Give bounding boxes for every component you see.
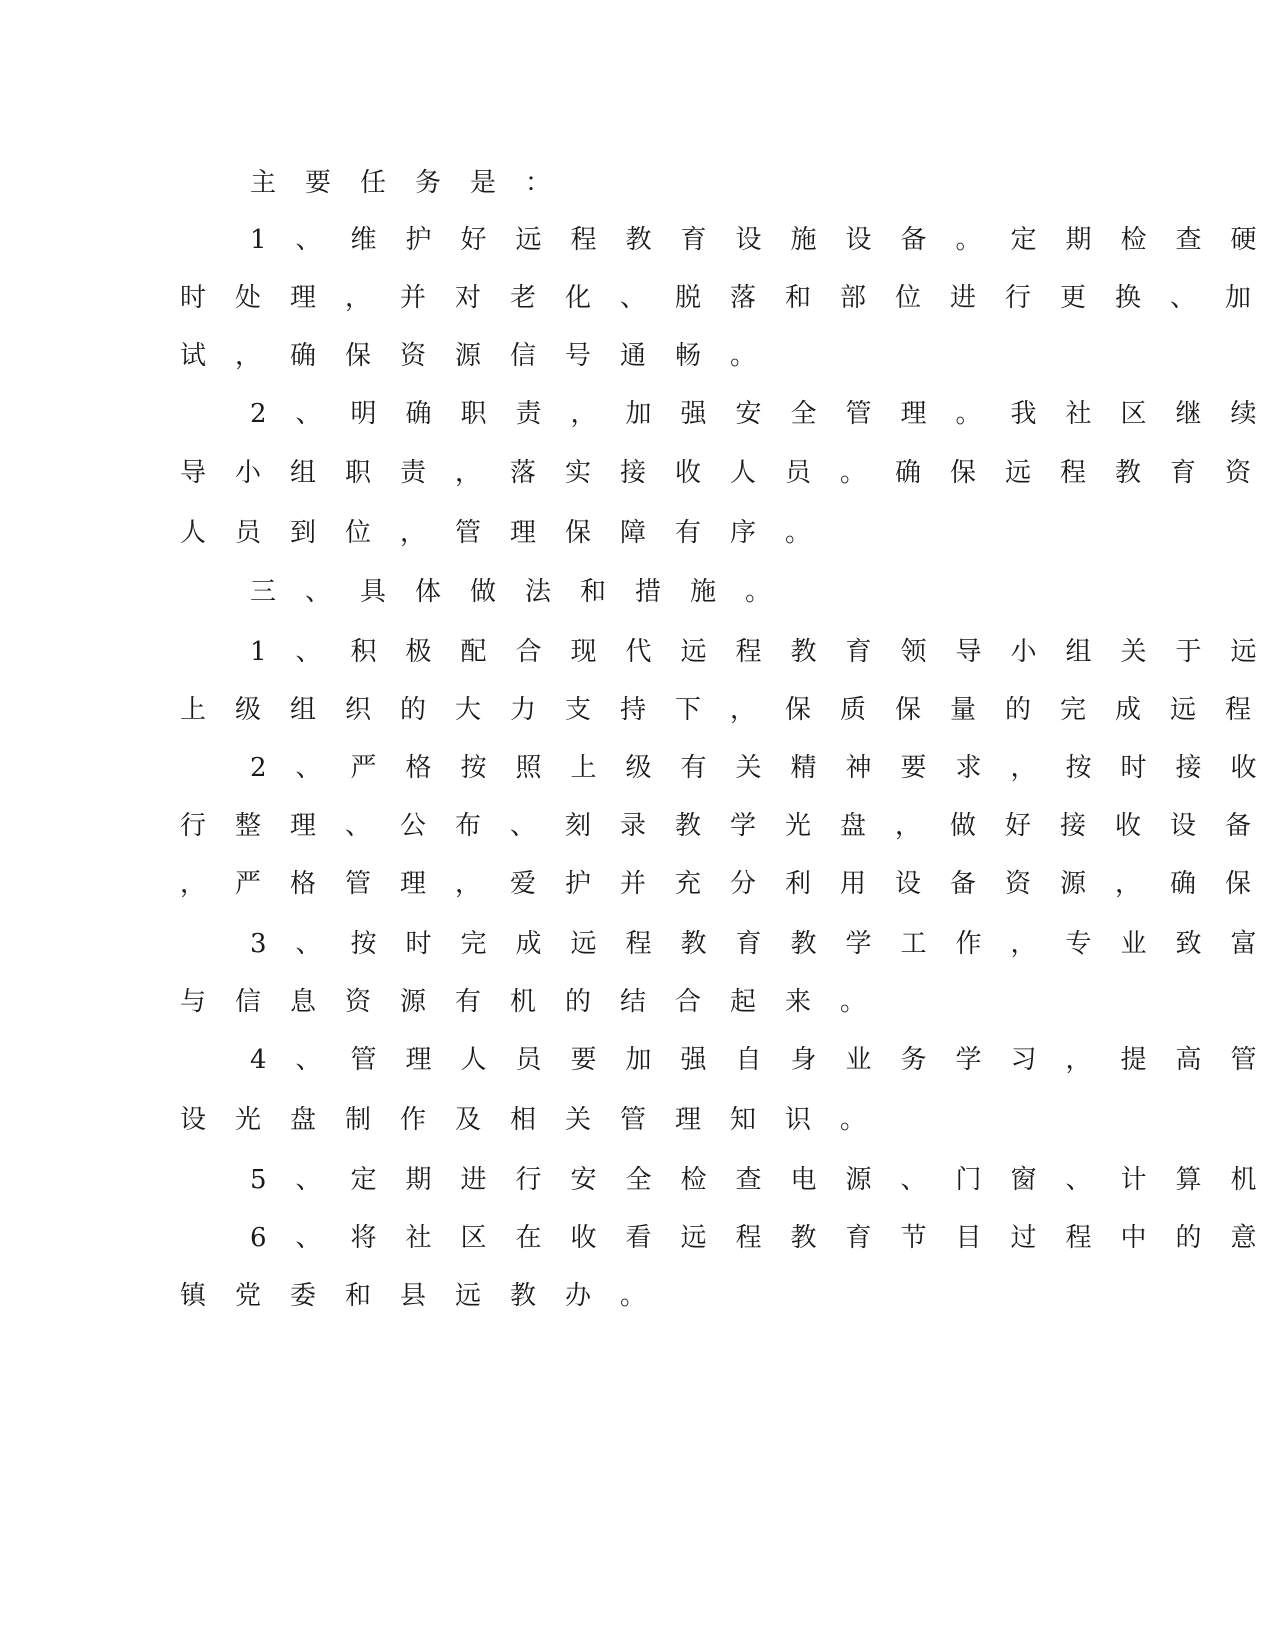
measure-6-line-2: 镇党委和县远教办。 <box>180 1276 1040 1316</box>
measure-3-line-1: 3、按时完成远程教育教学工作，专业致富课，将远程教育资源 <box>250 924 1110 964</box>
intro-line: 主要任务是： <box>250 163 1110 203</box>
measure-2-line-3: ，严格管理，爱护并充分利用设备资源，确保设备完好和正常运行。 <box>180 864 1040 904</box>
measure-6-line-1: 6、将社区在收看远程教育节目过程中的意见和建议及时反馈给 <box>250 1218 1110 1258</box>
task-2-line-3: 人员到位，管理保障有序。 <box>180 513 1040 553</box>
task-2-line-2: 导小组职责，落实接收人员。确保远程教育资源接收人员、安全管理 <box>180 453 1040 493</box>
task-2-line-1: 2、明确职责，加强安全管理。我社区继续明确现代远程教育领 <box>250 394 1110 434</box>
measure-4-line-2: 设光盘制作及相关管理知识。 <box>180 1100 1040 1140</box>
measure-4-line-1: 4、管理人员要加强自身业务学习，提高管理水平，熟悉网站建 <box>250 1040 1110 1080</box>
section-heading: 三、具体做法和措施。 <box>250 572 1110 612</box>
task-1-line-1: 1、维护好远程教育设施设备。定期检查硬件设备，发现问题及 <box>250 220 1110 260</box>
measure-3-line-2: 与信息资源有机的结合起来。 <box>180 982 1040 1022</box>
task-1-line-3: 试，确保资源信号通畅。 <box>180 336 1040 376</box>
measure-2-line-2: 行整理、公布、刻录教学光盘，做好接收设备的常规管理和维护工作 <box>180 806 1040 846</box>
measure-1-line-2: 上级组织的大力支持下，保质保量的完成远程教育工程接收工作。 <box>180 690 1040 730</box>
measure-2-line-1: 2、严格按照上级有关精神要求，按时接收远教节目，并及时进 <box>250 748 1110 788</box>
measure-5-line-1: 5、定期进行安全检查电源、门窗、计算机等设备随时检查。 <box>250 1160 1110 1200</box>
measure-1-line-1: 1、积极配合现代远程教育领导小组关于远程教育学教安排，在 <box>250 632 1110 672</box>
document-page: 主要任务是： 1、维护好远程教育设施设备。定期检查硬件设备，发现问题及 时处理，… <box>0 0 1275 1650</box>
task-1-line-2: 时处理，并对老化、脱落和部位进行更换、加固等相应处理。开机测 <box>180 278 1040 318</box>
